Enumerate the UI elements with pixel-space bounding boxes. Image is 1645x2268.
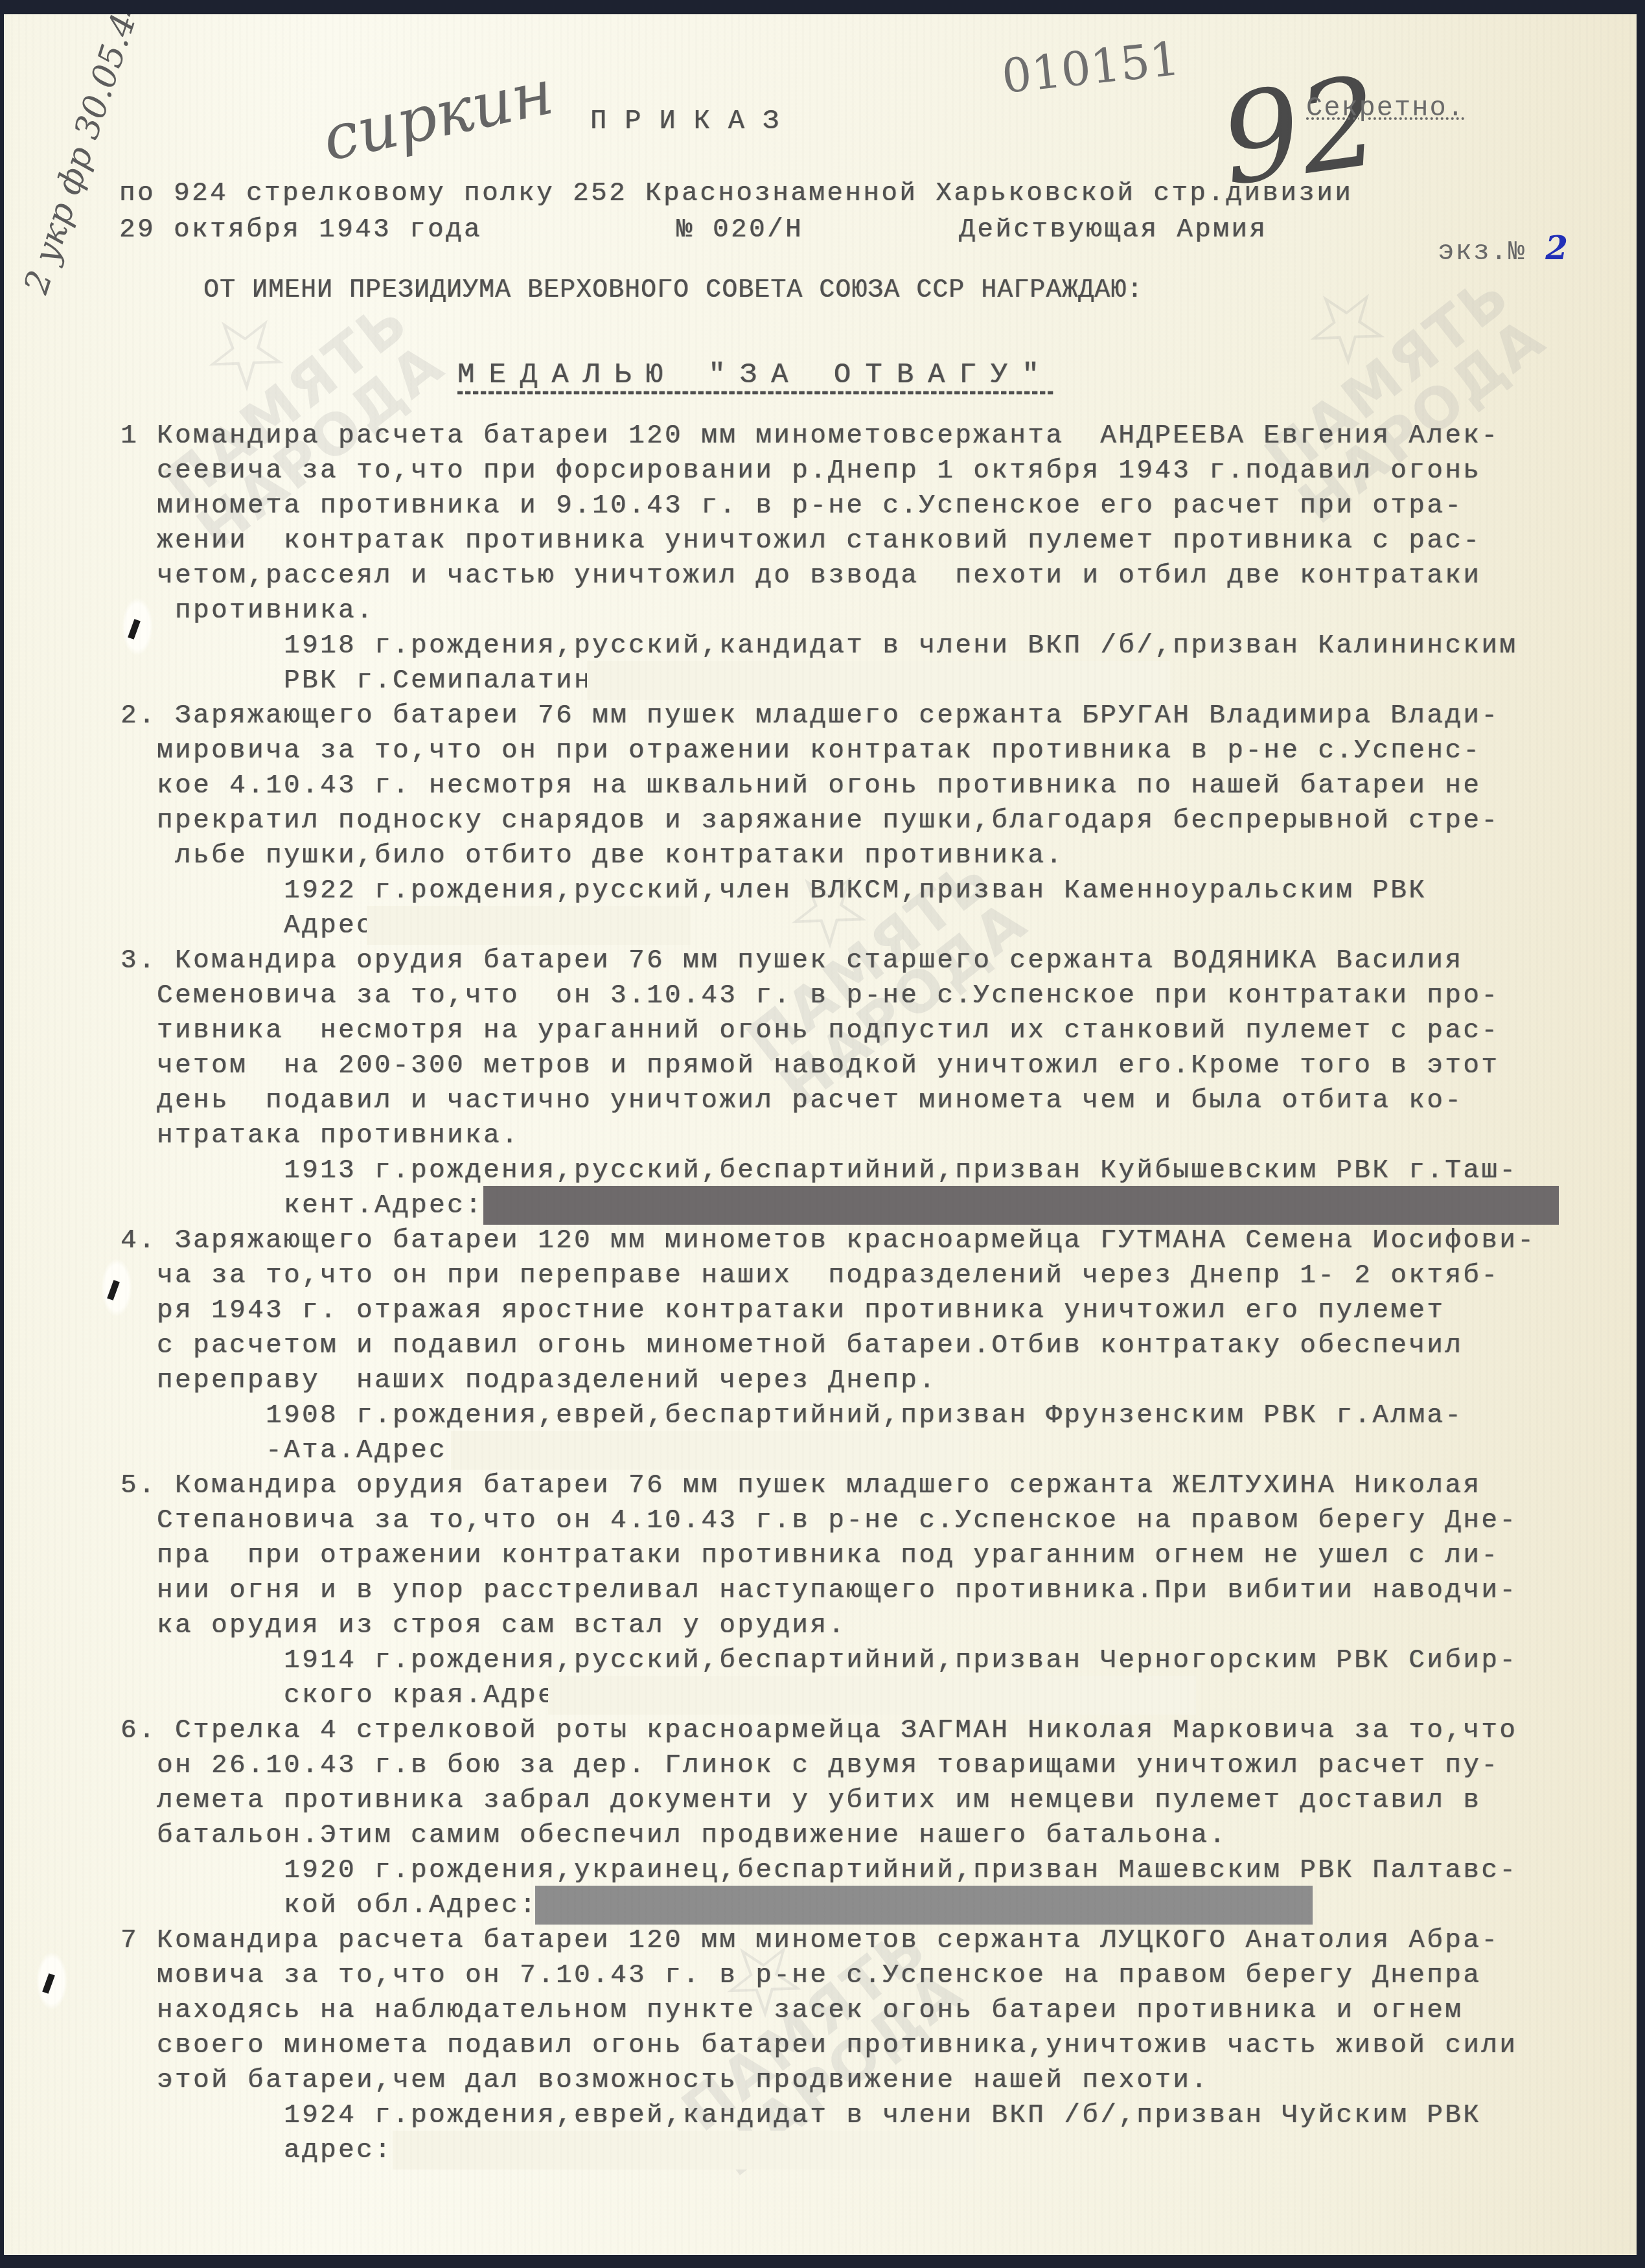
header-date-line: 29 октября 1943 года№ 020/НДействующая А… [119, 213, 1267, 248]
entry-line: 1922 г.рождения,русский,член ВЛКСМ,призв… [121, 874, 1637, 908]
entry-line: 1918 г.рождения,русский,кандидат в члени… [121, 629, 1637, 664]
header-number: № 020/Н [676, 215, 803, 245]
entry-line: противника. [121, 594, 1637, 629]
classification-label: Секретно. [1306, 91, 1569, 126]
entry-line: Семеновича за то,что он 3.10.43 г. в р-н… [121, 978, 1637, 1013]
entry-line: 7 Командира расчета батареи 120 мм мином… [121, 1923, 1637, 1958]
entry-line: 1914 г.рождения,русский,беспартийний,при… [121, 1643, 1637, 1678]
entry-line: ка орудия из строя сам встал у орудия. [121, 1608, 1637, 1643]
entry-line: ря 1943 г. отражая яростние контратаки п… [121, 1293, 1637, 1328]
entry-line: нии огня и в упор расстреливал наступающ… [121, 1573, 1637, 1608]
address-line: адрес: [121, 2133, 1637, 2168]
entry-line: этой батареи,чем дал возможность продвиж… [121, 2063, 1637, 2098]
awardee-entry: 1 Командира расчета батареи 120 мм мином… [121, 419, 1637, 699]
address-line: кой обл.Адрес: [121, 1888, 1637, 1923]
header-location: Действующая Армия [959, 215, 1267, 245]
awardee-entry: 2. Заряжающего батареи 76 мм пушек младш… [121, 699, 1637, 943]
header-date: 29 октября 1943 года [119, 215, 482, 245]
entry-line: 3. Командира орудия батареи 76 мм пушек … [121, 943, 1637, 978]
entry-line: ча за то,что он при переправе наших подр… [121, 1258, 1637, 1293]
entry-line: батальон.Этим самим обеспечил продвижени… [121, 1818, 1637, 1853]
awardee-list: 1 Командира расчета батареи 120 мм мином… [121, 419, 1637, 2168]
decree-line: ОТ ИМЕНИ ПРЕЗИДИУМА ВЕРХОВНОГО СОВЕТА СО… [203, 273, 1143, 308]
signature: сиркин [316, 56, 559, 175]
entry-line: лемета противника забрал документи у уби… [121, 1783, 1637, 1818]
entry-line: 2. Заряжающего батареи 76 мм пушек младш… [121, 699, 1637, 734]
archive-number: 010151 [999, 31, 1182, 104]
entry-line: сеевича за то,что при форсировании р.Дне… [121, 454, 1637, 489]
entry-line: четом на 200-300 метров и прямой наводко… [121, 1048, 1637, 1083]
entry-line: 4. Заряжающего батареи 120 мм минометов … [121, 1223, 1637, 1258]
punch-hole-icon [36, 1952, 67, 2010]
medal-heading: МЕДАЛЬЮ "ЗА ОТВАГУ" [457, 358, 1053, 393]
redaction-bar [535, 1886, 1313, 1925]
awardee-entry: 3. Командира орудия батареи 76 мм пушек … [121, 943, 1637, 1223]
entry-line: 1913 г.рождения,русский,беспартийний,при… [121, 1153, 1637, 1188]
document-title: ПРИКАЗ [590, 104, 797, 139]
address-line: Адрес: [121, 908, 1637, 943]
copy-number: экз.№2 [1332, 196, 1569, 305]
entry-line: 6. Стрелка 4 стрелковой роты красноармей… [121, 1713, 1637, 1748]
redaction-bar [587, 661, 1170, 700]
entry-line: жении контратак противника уничтожил ста… [121, 524, 1637, 559]
address-line: ского края.Адрес: [121, 1678, 1637, 1713]
entry-line: 1920 г.рождения,украинец,беспартийний,пр… [121, 1853, 1637, 1888]
awardee-entry: 5. Командира орудия батареи 76 мм пушек … [121, 1468, 1637, 1713]
redaction-bar [393, 2131, 976, 2170]
awardee-entry: 7 Командира расчета батареи 120 мм мином… [121, 1923, 1637, 2168]
entry-line: Степановича за то,что он 4.10.43 г.в р-н… [121, 1503, 1637, 1538]
redaction-bar [548, 1676, 1196, 1715]
entry-line: льбе пушки,било отбито две контратаки пр… [121, 839, 1637, 874]
redaction-bar [483, 1186, 1559, 1225]
awardee-entry: 4. Заряжающего батареи 120 мм минометов … [121, 1223, 1637, 1468]
entry-line: мовича за то,что он 7.10.43 г. в р-не с.… [121, 1958, 1637, 1993]
redaction-bar [367, 906, 691, 945]
header-unit: по 924 стрелковому полку 252 Краснознаме… [119, 176, 1353, 211]
entry-line: с расчетом и подавил огонь минометной ба… [121, 1328, 1637, 1363]
entry-line: мировича за то,что он при отражении конт… [121, 734, 1637, 769]
entry-line: нтратака противника. [121, 1118, 1637, 1153]
entry-line: своего миномета подавил огонь батареи пр… [121, 2028, 1637, 2063]
scan-edge [0, 2255, 1645, 2268]
redaction-bar [451, 1431, 969, 1470]
entry-line: четом,рассеял и частью уничтожил до взво… [121, 559, 1637, 594]
address-line: кент.Адрес: [121, 1188, 1637, 1223]
document-page: ☆ ПАМЯТЬ НАРОДА ☆ ПАМЯТЬ НАРОДА ☆ ПАМЯТЬ… [4, 14, 1637, 2258]
awardee-entry: 6. Стрелка 4 стрелковой роты красноармей… [121, 1713, 1637, 1923]
margin-note: 2 укр фр 30.05.44 [17, 14, 150, 299]
entry-line: день подавил и частично уничтожил расчет… [121, 1083, 1637, 1118]
entry-line: прекратил подноску снарядов и заряжание … [121, 804, 1637, 839]
entry-line: находясь на наблюдательном пункте засек … [121, 1993, 1637, 2028]
entry-line: 1 Командира расчета батареи 120 мм мином… [121, 419, 1637, 454]
entry-line: он 26.10.43 г.в бою за дер. Глинок с дву… [121, 1748, 1637, 1783]
address-line: РВК г.Семипалатинск.Адрес: [121, 664, 1637, 699]
entry-line: пра при отражении контратаки противника … [121, 1538, 1637, 1573]
entry-line: переправу наших подразделений через Днеп… [121, 1363, 1637, 1398]
entry-line: 1924 г.рождения,еврей,кандидат в члени В… [121, 2098, 1637, 2133]
entry-line: 5. Командира орудия батареи 76 мм пушек … [121, 1468, 1637, 1503]
entry-line: тивника несмотря на ураганний огонь подп… [121, 1013, 1637, 1048]
entry-line: миномета противника и 9.10.43 г. в р-не … [121, 489, 1637, 524]
entry-line: кое 4.10.43 г. несмотря на шквальний ого… [121, 769, 1637, 804]
entry-line: 1908 г.рождения,еврей,беспартийний,призв… [121, 1398, 1637, 1433]
address-line: -Ата.Адрес: [121, 1433, 1637, 1468]
